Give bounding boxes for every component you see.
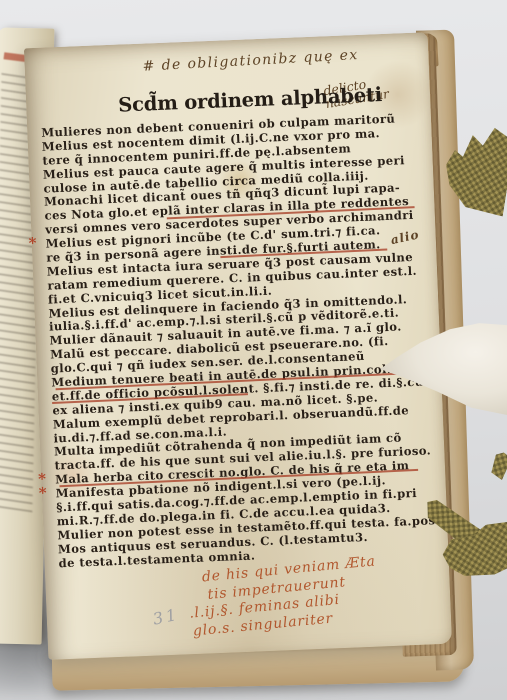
handwritten-margin-note: alio [390,228,421,248]
printed-text-block: Mulieres non debent conueniri ob culpam … [41,112,429,571]
book-photograph: # de obligationibz quę ex delicto nascun… [0,0,507,700]
red-star-mark: * [28,237,37,251]
recto-page: # de obligationibz quę ex delicto nascun… [24,32,452,660]
printed-title: Scd̃m ordinem alphabeti [118,83,383,117]
red-star-mark: * [39,487,48,501]
cloth-tie-fragment [487,450,507,480]
pencil-folio-number: 31 [151,605,181,629]
